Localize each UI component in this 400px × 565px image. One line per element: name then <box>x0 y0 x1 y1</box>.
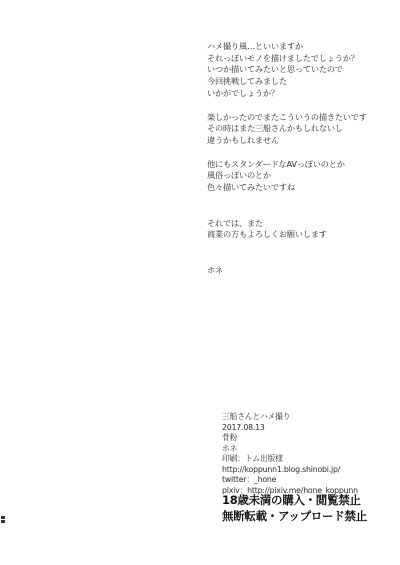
text-line: ハメ撮り風…といいますか <box>207 41 397 53</box>
afterword-signature: ホネ <box>207 265 397 277</box>
signature: ホネ <box>207 265 397 277</box>
document-page: ハメ撮り風…といいますか それっぽいモノを描けましたでしょうか？ いつか描いてみ… <box>0 0 400 565</box>
text-line: それでは、また <box>207 218 397 230</box>
book-title: 三船さんとハメ撮り <box>222 412 397 423</box>
text-line: 今回挑戦してみました <box>207 76 397 88</box>
text-line: 違うかもしれません <box>207 135 397 147</box>
warning-line-2: 無断転載・アップロード禁止 <box>222 508 397 524</box>
text-line: 色々描いてみたいですね <box>207 182 397 194</box>
circle-name: 骨粉 <box>222 433 397 444</box>
afterword-paragraph-1: ハメ撮り風…といいますか それっぽいモノを描けましたでしょうか？ いつか描いてみ… <box>207 41 397 100</box>
age-warning: 18歳未満の購入・閲覧禁止 無断転載・アップロード禁止 <box>222 492 397 524</box>
text-line: いかがでしょうか？ <box>207 88 397 100</box>
text-line: それっぽいモノを描けましたでしょうか？ <box>207 53 397 65</box>
text-line: 風俗っぽいのとか <box>207 170 397 182</box>
text-line: いつか描いてみたいと思っていたので <box>207 64 397 76</box>
afterword-text: ハメ撮り風…といいますか それっぽいモノを描けましたでしょうか？ いつか描いてみ… <box>207 41 397 277</box>
afterword-paragraph-3: 他にもスタンダードなAVっぽいのとか 風俗っぽいのとか 色々描いてみたいですね <box>207 159 397 194</box>
warning-line-1: 18歳未満の購入・閲覧禁止 <box>222 492 397 508</box>
text-line: 楽しかったのでまたこういうの描きたいです <box>207 112 397 124</box>
text-line: 他にもスタンダードなAVっぽいのとか <box>207 159 397 171</box>
blog-url: http://koppunn1.blog.shinobi.jp/ <box>222 465 397 476</box>
text-line: 商業の方もよろしくお願いします <box>207 229 397 241</box>
page-number-mark <box>1 516 6 525</box>
publish-date: 2017.08.13 <box>222 423 397 434</box>
colophon: 三船さんとハメ撮り 2017.08.13 骨粉 ホネ 印刷：トム出版様 http… <box>222 412 397 496</box>
twitter-handle: twitter：_hone <box>222 475 397 486</box>
text-line: その時はまた三船さんかもしれないし <box>207 123 397 135</box>
afterword-paragraph-4: それでは、また 商業の方もよろしくお願いします <box>207 218 397 241</box>
author-name: ホネ <box>222 444 397 455</box>
afterword-paragraph-2: 楽しかったのでまたこういうの描きたいです その時はまた三船さんかもしれないし 違… <box>207 112 397 147</box>
printer-info: 印刷：トム出版様 <box>222 454 397 465</box>
